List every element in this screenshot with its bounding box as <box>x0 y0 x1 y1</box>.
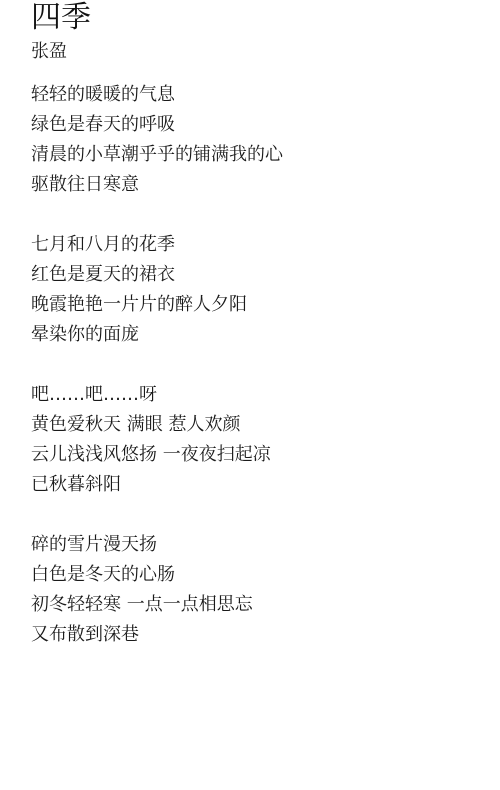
lyric-line: 碎的雪片漫天扬 <box>31 530 500 560</box>
lyric-line: 初冬轻轻寒 一点一点相思忘 <box>31 590 500 620</box>
lyric-line: 吧……吧……呀 <box>31 380 500 410</box>
lyric-line: 晚霞艳艳一片片的醉人夕阳 <box>31 290 500 320</box>
stanza-spring: 轻轻的暖暖的气息 绿色是春天的呼吸 清晨的小草潮乎乎的铺满我的心 驱散往日寒意 <box>31 80 500 200</box>
lyric-line: 红色是夏天的裙衣 <box>31 260 500 290</box>
lyric-line: 云儿浅浅风悠扬 一夜夜扫起凉 <box>31 440 500 470</box>
stanza-winter: 碎的雪片漫天扬 白色是冬天的心肠 初冬轻轻寒 一点一点相思忘 又布散到深巷 <box>31 530 500 650</box>
lyric-line: 绿色是春天的呼吸 <box>31 110 500 140</box>
lyrics-body: 轻轻的暖暖的气息 绿色是春天的呼吸 清晨的小草潮乎乎的铺满我的心 驱散往日寒意 … <box>31 80 500 650</box>
lyric-line: 已秋暮斜阳 <box>31 470 500 500</box>
lyrics-page: 四季 张盈 轻轻的暖暖的气息 绿色是春天的呼吸 清晨的小草潮乎乎的铺满我的心 驱… <box>31 0 500 680</box>
lyric-line: 七月和八月的花季 <box>31 230 500 260</box>
song-author: 张盈 <box>31 40 500 64</box>
lyric-line: 轻轻的暖暖的气息 <box>31 80 500 110</box>
lyric-line: 黄色爱秋天 满眼 惹人欢颜 <box>31 410 500 440</box>
lyric-line: 又布散到深巷 <box>31 620 500 650</box>
stanza-autumn: 吧……吧……呀 黄色爱秋天 满眼 惹人欢颜 云儿浅浅风悠扬 一夜夜扫起凉 已秋暮… <box>31 380 500 500</box>
stanza-summer: 七月和八月的花季 红色是夏天的裙衣 晚霞艳艳一片片的醉人夕阳 晕染你的面庞 <box>31 230 500 350</box>
lyric-line: 驱散往日寒意 <box>31 170 500 200</box>
lyric-line: 清晨的小草潮乎乎的铺满我的心 <box>31 140 500 170</box>
lyric-line: 晕染你的面庞 <box>31 320 500 350</box>
song-title: 四季 <box>31 0 500 36</box>
lyric-line: 白色是冬天的心肠 <box>31 560 500 590</box>
